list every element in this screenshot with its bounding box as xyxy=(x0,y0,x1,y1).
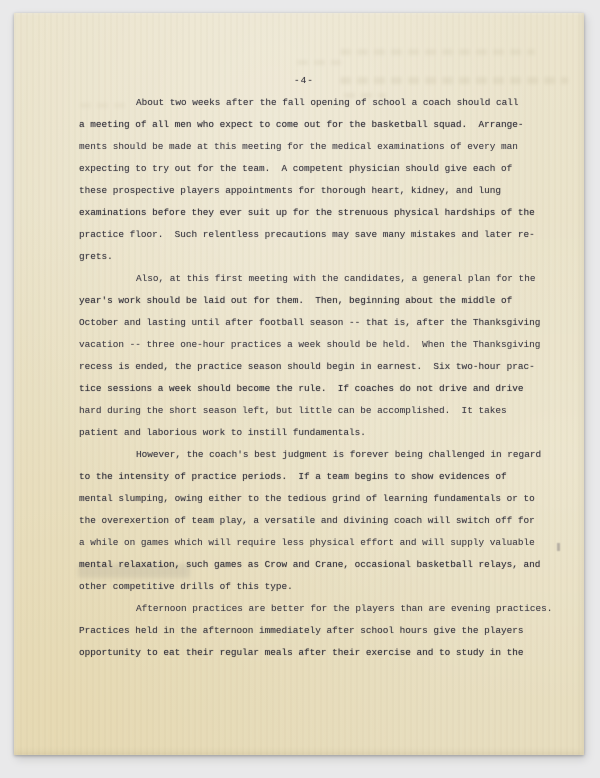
body-lines: About two weeks after the fall opening o… xyxy=(79,92,549,664)
typewritten-line: vacation -- three one-hour practices a w… xyxy=(79,334,549,356)
document-page: -4- About two weeks after the fall openi… xyxy=(14,13,584,755)
typewritten-line: the overexertion of team play, a versati… xyxy=(79,510,549,532)
typewritten-line: a while on games which will require less… xyxy=(79,532,549,554)
page-number: -4- xyxy=(69,70,539,92)
typewritten-line: Practices held in the afternoon immediat… xyxy=(79,620,549,642)
typewritten-line: grets. xyxy=(79,246,549,268)
typewritten-line: these prospective players appointments f… xyxy=(79,180,549,202)
typewritten-line: tice sessions a week should become the r… xyxy=(79,378,549,400)
typewritten-line: hard during the short season left, but l… xyxy=(79,400,549,422)
typewritten-line: opportunity to eat their regular meals a… xyxy=(79,642,549,664)
typewritten-line: recess is ended, the practice season sho… xyxy=(79,356,549,378)
typewritten-line: practice floor. Such relentless precauti… xyxy=(79,224,549,246)
typewritten-text-block: -4- About two weeks after the fall openi… xyxy=(79,70,549,664)
typewritten-line: October and lasting until after football… xyxy=(79,312,549,334)
scan-backdrop: { "document": { "page_number": "-4-", "c… xyxy=(0,0,600,778)
typewritten-line: About two weeks after the fall opening o… xyxy=(79,92,549,114)
typewritten-line: to the intensity of practice periods. If… xyxy=(79,466,549,488)
typewritten-line: expecting to try out for the team. A com… xyxy=(79,158,549,180)
typewritten-line: mental relaxation, such games as Crow an… xyxy=(79,554,549,576)
typewritten-line: other competitive drills of this type. xyxy=(79,576,549,598)
typewritten-line: Afternoon practices are better for the p… xyxy=(79,598,549,620)
typewritten-line: mental slumping, owing either to the ted… xyxy=(79,488,549,510)
ghost-text-artifact xyxy=(340,49,535,55)
typewritten-line: a meeting of all men who expect to come … xyxy=(79,114,549,136)
typewritten-line: However, the coach's best judgment is fo… xyxy=(79,444,549,466)
ink-speck xyxy=(557,543,560,551)
typewritten-line: Also, at this first meeting with the can… xyxy=(79,268,549,290)
typewritten-line: examinations before they ever suit up fo… xyxy=(79,202,549,224)
typewritten-line: year's work should be laid out for them.… xyxy=(79,290,549,312)
typewritten-line: ments should be made at this meeting for… xyxy=(79,136,549,158)
typewritten-line: patient and laborious work to instill fu… xyxy=(79,422,549,444)
ghost-text-artifact xyxy=(297,60,341,65)
